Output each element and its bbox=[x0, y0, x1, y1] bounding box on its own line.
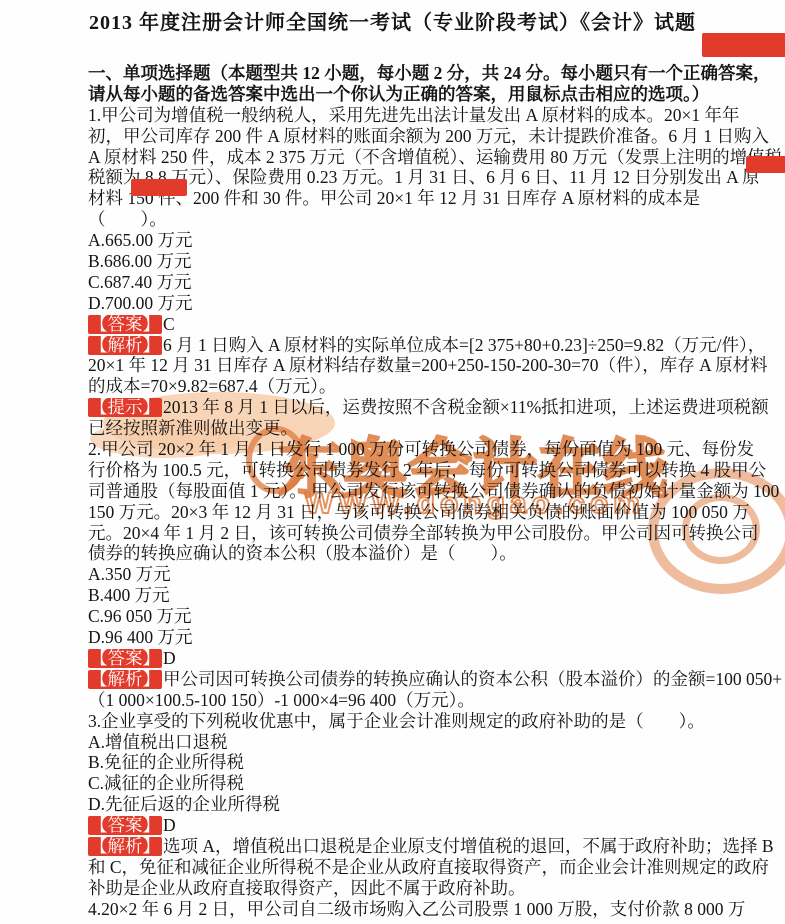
answer-tag-badge: 【答案】 bbox=[88, 649, 162, 668]
line-text: 6 月 1 日购入 A 原材料的实际单位成本=[2 375+80+0.23]÷2… bbox=[163, 335, 765, 355]
analysis-tag-badge: 【解析】 bbox=[88, 336, 162, 355]
text-line: 初，甲公司库存 200 件 A 原材料的账面余额为 200 万元，未计提跌价准备… bbox=[88, 126, 760, 147]
text-line: 【答案】D bbox=[88, 815, 760, 836]
text-line: B.686.00 万元 bbox=[88, 251, 760, 272]
line-text: C.减征的企业所得税 bbox=[88, 773, 244, 793]
text-line: 补助是企业从政府直接取得资产，因此不属于政府补助。 bbox=[88, 878, 760, 899]
line-text: A.增值税出口退税 bbox=[88, 732, 228, 752]
text-line: 20×1 年 12 月 31 日库存 A 原材料结存数量=200+250-150… bbox=[88, 355, 760, 376]
hint-tag-badge: 【提示】 bbox=[88, 398, 162, 417]
line-text: D bbox=[163, 648, 176, 668]
exam-paper-page: 2013 年度注册会计师全国统一考试（专业阶段考试）《会计》试题 东奥会计在线 … bbox=[0, 0, 785, 924]
line-text: 司普通股（每股面值 1 元）。 甲公司发行该可转换公司债券确认的负债初始计量金额… bbox=[88, 481, 779, 501]
line-text: 3.企业享受的下列税收优惠中，属于企业会计准则规定的政府补助的是（ ）。 bbox=[88, 711, 705, 731]
line-text: 初，甲公司库存 200 件 A 原材料的账面余额为 200 万元，未计提跌价准备… bbox=[88, 126, 769, 146]
text-line: 税额为 8.8 万元）、保险费用 0.23 万元。1 月 31 日、6 月 6 … bbox=[88, 167, 760, 188]
line-end-red-marker bbox=[746, 156, 785, 173]
text-line: C.减征的企业所得税 bbox=[88, 773, 760, 794]
line-text: 1.甲公司为增值税一般纳税人，采用先进先出法计量发出 A 原材料的成本。20×1… bbox=[88, 105, 740, 125]
line-text: 请从每小题的备选答案中选出一个你认为正确的答案，用鼠标点击相应的选项。） bbox=[88, 84, 709, 104]
text-line: 【解析】6 月 1 日购入 A 原材料的实际单位成本=[2 375+80+0.2… bbox=[88, 335, 760, 356]
line-text: 元。20×4 年 1 月 2 日，该可转换公司债券全部转换为甲公司股份。甲公司因… bbox=[88, 523, 759, 543]
line-text: 行价格为 100.5 元，可转换公司债券发行 2 年后，每份可转换公司债券可以转… bbox=[88, 460, 766, 480]
text-line: D.700.00 万元 bbox=[88, 293, 760, 314]
text-line: 的成本=70×9.82=687.4（万元）。 bbox=[88, 376, 760, 397]
document-body: 一、单项选择题（本题型共 12 小题，每小题 2 分，共 24 分。每小题只有一… bbox=[88, 63, 760, 920]
line-text: 补助是企业从政府直接取得资产，因此不属于政府补助。 bbox=[88, 878, 526, 898]
line-text: 甲公司因可转换公司债券的转换应确认的资本公积（股本溢价）的金额=100 050+ bbox=[163, 669, 782, 689]
top-right-red-marker bbox=[702, 33, 785, 57]
answer-tag-badge: 【答案】 bbox=[88, 816, 162, 835]
line-text: 选项 A，增值税出口退税是企业原支付增值税的退回，不属于政府补助；选择 B bbox=[163, 836, 774, 856]
page-title: 2013 年度注册会计师全国统一考试（专业阶段考试）《会计》试题 bbox=[0, 6, 785, 35]
line-text: 和 C，免征和减征企业所得税不是企业从政府直接取得资产，而企业会计准则规定的政府 bbox=[88, 857, 769, 877]
line-text: D.先征后返的企业所得税 bbox=[88, 794, 280, 814]
line-text: D.96 400 万元 bbox=[88, 627, 193, 647]
line-text: B.686.00 万元 bbox=[88, 251, 192, 271]
text-line: 3.企业享受的下列税收优惠中，属于企业会计准则规定的政府补助的是（ ）。 bbox=[88, 711, 760, 732]
text-line: （ ）。 bbox=[88, 209, 760, 230]
text-line: 【提示】2013 年 8 月 1 日以后，运费按照不含税金额×11%抵扣进项，上… bbox=[88, 397, 760, 418]
line-text: 一、单项选择题（本题型共 12 小题，每小题 2 分，共 24 分。每小题只有一… bbox=[88, 63, 771, 83]
text-line: A 原材料 250 件，成本 2 375 万元（不含增值税）、运输费用 80 万… bbox=[88, 147, 760, 168]
line-text: 的成本=70×9.82=687.4（万元）。 bbox=[88, 376, 336, 396]
answer-tag-badge: 【答案】 bbox=[88, 315, 162, 334]
text-line: C.687.40 万元 bbox=[88, 272, 760, 293]
line-text: （ ）。 bbox=[88, 209, 167, 229]
line-text: D.700.00 万元 bbox=[88, 293, 193, 313]
line-text: B.免征的企业所得税 bbox=[88, 752, 244, 772]
text-line: 材料 150 件、200 件和 30 件。甲公司 20×1 年 12 月 31 … bbox=[88, 188, 760, 209]
line-text: C.687.40 万元 bbox=[88, 272, 192, 292]
line-text: 债券的转换应确认的资本公积（股本溢价）是（ ）。 bbox=[88, 543, 517, 563]
text-line: （1 000×100.5-100 150）-1 000×4=96 400（万元）… bbox=[88, 690, 760, 711]
text-line: A.665.00 万元 bbox=[88, 230, 760, 251]
text-line: 1.甲公司为增值税一般纳税人，采用先进先出法计量发出 A 原材料的成本。20×1… bbox=[88, 105, 760, 126]
text-line: C.96 050 万元 bbox=[88, 606, 760, 627]
text-line: 【答案】C bbox=[88, 314, 760, 335]
analysis-tag-badge: 【解析】 bbox=[88, 670, 162, 689]
line-text: C.96 050 万元 bbox=[88, 606, 192, 626]
line-text: 4.20×2 年 6 月 2 日，甲公司自二级市场购入乙公司股票 1 000 万… bbox=[88, 899, 745, 919]
text-line: 元。20×4 年 1 月 2 日，该可转换公司债券全部转换为甲公司股份。甲公司因… bbox=[88, 523, 760, 544]
text-line: 一、单项选择题（本题型共 12 小题，每小题 2 分，共 24 分。每小题只有一… bbox=[88, 63, 760, 84]
text-line: 2.甲公司 20×2 年 1 月 1 日发行 1 000 万份可转换公司债券，每… bbox=[88, 439, 760, 460]
line-text: D bbox=[163, 815, 176, 835]
line-text: A.665.00 万元 bbox=[88, 230, 193, 250]
line-text: 已经按照新准则做出变更。 bbox=[88, 418, 298, 438]
line-text: 2.甲公司 20×2 年 1 月 1 日发行 1 000 万份可转换公司债券，每… bbox=[88, 439, 754, 459]
text-line: 150 万元。20×3 年 12 月 31 日，与该可转换公司债券相关负债的账面… bbox=[88, 502, 760, 523]
text-line: D.先征后返的企业所得税 bbox=[88, 794, 760, 815]
line-text: 150 万元。20×3 年 12 月 31 日，与该可转换公司债券相关负债的账面… bbox=[88, 502, 750, 522]
text-line: 行价格为 100.5 元，可转换公司债券发行 2 年后，每份可转换公司债券可以转… bbox=[88, 460, 760, 481]
text-line: D.96 400 万元 bbox=[88, 627, 760, 648]
inline-number-red-marker bbox=[131, 179, 187, 196]
text-line: 【答案】D bbox=[88, 648, 760, 669]
line-text: C bbox=[163, 314, 175, 334]
text-line: 司普通股（每股面值 1 元）。 甲公司发行该可转换公司债券确认的负债初始计量金额… bbox=[88, 481, 760, 502]
text-line: 和 C，免征和减征企业所得税不是企业从政府直接取得资产，而企业会计准则规定的政府 bbox=[88, 857, 760, 878]
text-line: 已经按照新准则做出变更。 bbox=[88, 418, 760, 439]
text-line: 【解析】甲公司因可转换公司债券的转换应确认的资本公积（股本溢价）的金额=100 … bbox=[88, 669, 760, 690]
line-text: （1 000×100.5-100 150）-1 000×4=96 400（万元）… bbox=[88, 690, 475, 710]
text-line: B.免征的企业所得税 bbox=[88, 752, 760, 773]
text-line: 债券的转换应确认的资本公积（股本溢价）是（ ）。 bbox=[88, 543, 760, 564]
line-text: 20×1 年 12 月 31 日库存 A 原材料结存数量=200+250-150… bbox=[88, 355, 768, 375]
text-line: B.400 万元 bbox=[88, 585, 760, 606]
line-text: 2013 年 8 月 1 日以后，运费按照不含税金额×11%抵扣进项，上述运费进… bbox=[163, 397, 769, 417]
analysis-tag-badge: 【解析】 bbox=[88, 837, 162, 856]
text-line: A.增值税出口退税 bbox=[88, 732, 760, 753]
text-line: A.350 万元 bbox=[88, 564, 760, 585]
line-text: 税额为 8.8 万元）、保险费用 0.23 万元。1 月 31 日、6 月 6 … bbox=[88, 167, 760, 187]
line-text: A.350 万元 bbox=[88, 564, 171, 584]
text-line: 请从每小题的备选答案中选出一个你认为正确的答案，用鼠标点击相应的选项。） bbox=[88, 84, 760, 105]
text-line: 4.20×2 年 6 月 2 日，甲公司自二级市场购入乙公司股票 1 000 万… bbox=[88, 899, 760, 920]
line-text: A 原材料 250 件，成本 2 375 万元（不含增值税）、运输费用 80 万… bbox=[88, 147, 782, 167]
line-text: B.400 万元 bbox=[88, 585, 170, 605]
text-line: 【解析】选项 A，增值税出口退税是企业原支付增值税的退回，不属于政府补助；选择 … bbox=[88, 836, 760, 857]
